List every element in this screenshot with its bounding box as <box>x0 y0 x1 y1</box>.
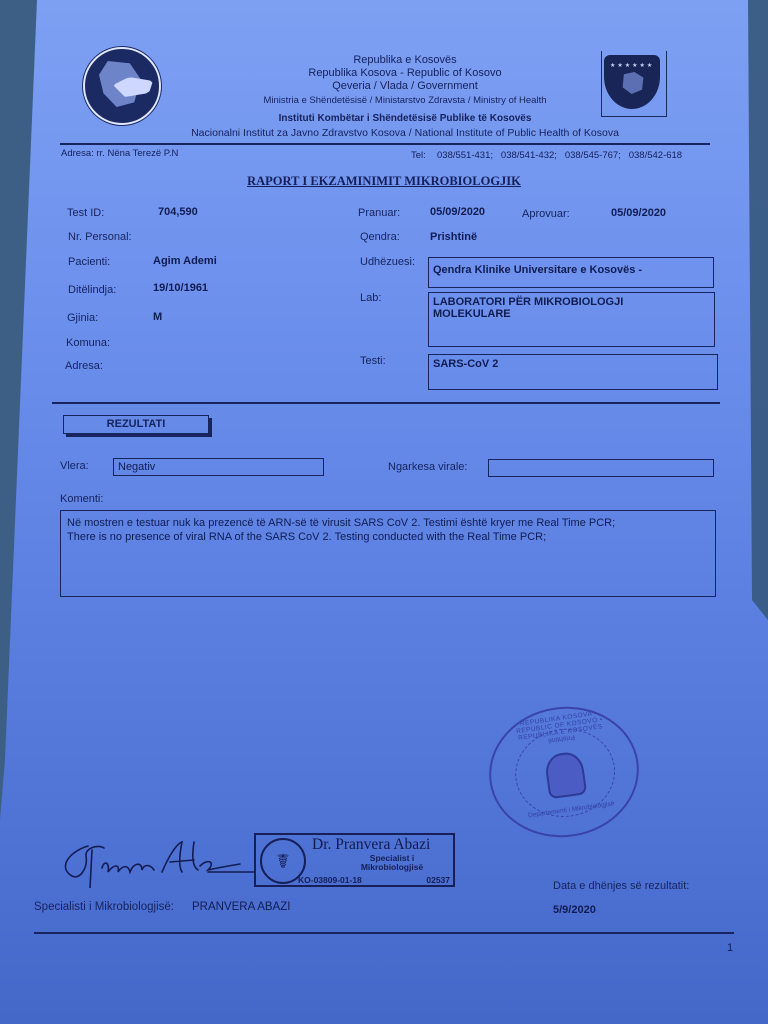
test-field: SARS-CoV 2 <box>428 354 718 390</box>
received-value: 05/09/2020 <box>430 206 485 218</box>
referrer-field: Qendra Klinike Universitare e Kosovës - <box>428 257 714 288</box>
institute-address: Adresa: rr. Nëna Terezë P.N <box>61 148 178 159</box>
stamp-specialty: Specialist i Mikrobiologjisë <box>352 854 432 872</box>
phone-numbers: 038/551-431; 038/541-432; 038/545-767; 0… <box>437 150 682 161</box>
header-government: Qeveria / Vlada / Government <box>150 80 660 92</box>
birth-date-value: 19/10/1961 <box>153 282 208 294</box>
comment-field: Në mostren e testuar nuk ka prezencë të … <box>60 510 716 597</box>
personal-nr-label: Nr. Personal: <box>68 231 132 243</box>
results-section-header: REZULTATI <box>63 415 209 434</box>
section-divider <box>52 402 720 404</box>
received-label: Pranuar: <box>358 207 400 219</box>
referrer-label: Udhëzuesi: <box>360 256 415 268</box>
footer-divider <box>34 932 734 934</box>
test-id-value: 704,590 <box>158 206 198 218</box>
birth-date-label: Ditëlindja: <box>68 284 116 296</box>
patient-value: Agim Ademi <box>153 255 217 267</box>
center-value: Prishtinë <box>430 231 477 243</box>
approved-label: Aprovuar: <box>522 208 570 220</box>
header-institute-translation: Nacionalni Institut za Javno Zdravstvo K… <box>150 127 660 139</box>
report-title: RAPORT I EKZAMINIMIT MIKROBIOLOGJIK <box>0 174 768 189</box>
header-republic-multilingual: Republika Kosova - Republic of Kosovo <box>150 67 660 79</box>
gender-value: M <box>153 311 162 323</box>
stamp-doctor-name: Dr. Pranvera Abazi <box>312 836 430 854</box>
header-institute: Instituti Kombëtar i Shëndetësisë Publik… <box>150 113 660 124</box>
page-number: 1 <box>727 942 733 954</box>
comment-label: Komenti: <box>60 493 103 505</box>
center-label: Qendra: <box>360 231 400 243</box>
result-date-label: Data e dhënjes së rezultatit: <box>553 880 689 892</box>
municipality-label: Komuna: <box>66 337 110 349</box>
comment-line-albanian: Në mostren e testuar nuk ka prezencë të … <box>67 516 709 530</box>
specialist-name: PRANVERA ABAZI <box>192 901 290 913</box>
document-page: ★★★★★★ Republika e Kosovës Republika Kos… <box>0 0 768 1024</box>
official-seal-icon: REPUBLIKA KOSOVA • REPUBLIC OF KOSOVO • … <box>481 697 648 847</box>
stamp-license: KO-03809-01-18 <box>298 875 362 885</box>
viral-load-label: Ngarkesa virale: <box>388 461 467 473</box>
stamp-number: 02537 <box>426 875 450 885</box>
value-label: Vlera: <box>60 460 89 472</box>
phone-label: Tel: <box>411 150 426 161</box>
signature-icon <box>58 838 258 888</box>
header-ministry: Ministria e Shëndetësisë / Ministarstvo … <box>150 95 660 106</box>
result-date-value: 5/9/2020 <box>553 904 596 916</box>
result-value-field: Negativ <box>113 458 324 476</box>
patient-label: Pacienti: <box>68 256 110 268</box>
viral-load-field <box>488 459 714 477</box>
header-republic: Republika e Kosovës <box>150 54 660 66</box>
lab-field: LABORATORI PËR MIKROBIOLOGJI MOLEKULARE <box>428 292 715 347</box>
comment-line-english: There is no presence of viral RNA of the… <box>67 530 709 544</box>
lab-label: Lab: <box>360 292 381 304</box>
test-label: Testi: <box>360 355 386 367</box>
gender-label: Gjinia: <box>67 312 98 324</box>
test-id-label: Test ID: <box>67 207 104 219</box>
address-label: Adresa: <box>65 360 103 372</box>
doctor-stamp: ☤ Dr. Pranvera Abazi Specialist i Mikrob… <box>254 833 455 887</box>
approved-value: 05/09/2020 <box>611 207 666 219</box>
specialist-label: Specialisti i Mikrobiologjisë: <box>34 901 174 913</box>
